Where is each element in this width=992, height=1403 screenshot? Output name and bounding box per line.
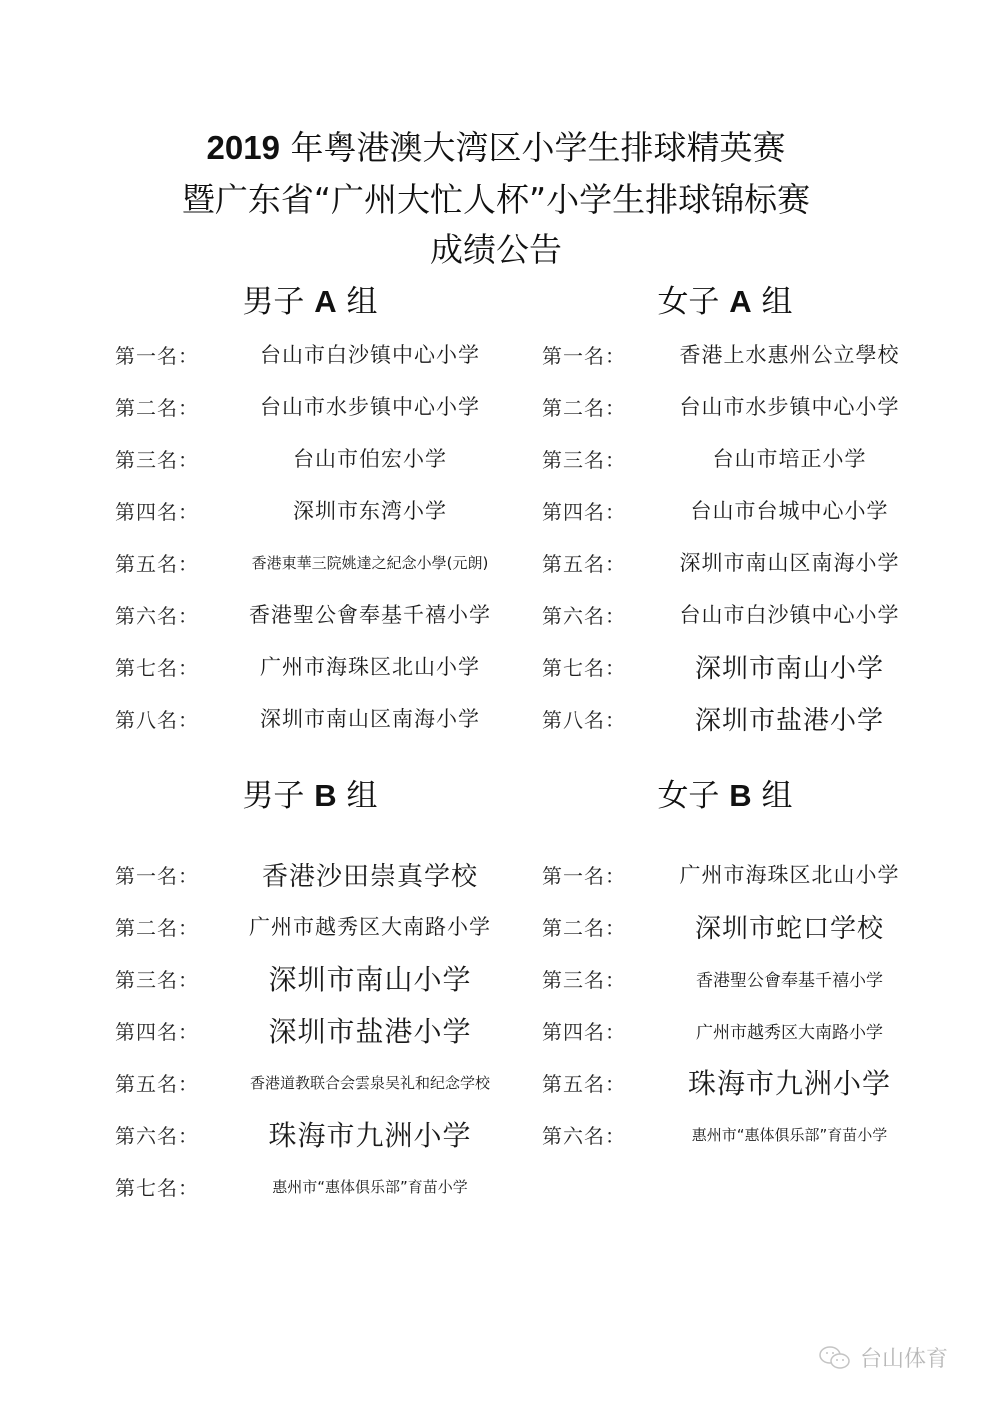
rank-label: 第三名： — [542, 964, 652, 993]
school-name: 珠海市九洲小学 — [225, 1114, 515, 1154]
ranking-row: 第四名：广州市越秀区大南路小学 — [542, 1013, 927, 1047]
ranking-row: 第二名：广州市越秀区大南路小学 — [115, 909, 515, 943]
group-suffix: 组 — [762, 284, 793, 320]
rank-label: 第一名： — [542, 860, 652, 889]
ranking-row: 第四名：深圳市东湾小学 — [115, 493, 515, 527]
rank-label: 第六名： — [542, 1120, 652, 1149]
rank-label: 第二名： — [542, 912, 652, 941]
school-name: 广州市越秀区大南路小学 — [652, 1018, 927, 1043]
school-name: 香港沙田崇真学校 — [225, 856, 515, 893]
rank-label: 第二名： — [542, 392, 652, 421]
school-name: 香港聖公會奉基千禧小学 — [652, 966, 927, 991]
school-name: 香港聖公會奉基千禧小学 — [225, 599, 515, 629]
ranking-row: 第五名：香港道教联合会雲泉吴礼和纪念学校 — [115, 1065, 515, 1099]
rank-label: 第六名： — [115, 600, 225, 629]
ranking-row: 第五名：香港東華三院姚達之紀念小學(元朗) — [115, 545, 515, 579]
wechat-icon — [818, 1345, 852, 1371]
group-prefix: 女子 — [657, 778, 719, 814]
ranking-row: 第二名：深圳市蛇口学校 — [542, 909, 927, 943]
title-line-2: 暨广东省“广州大忙人杯”小学生排球锦标赛 — [0, 180, 992, 220]
title-year: 2019 — [207, 129, 280, 166]
group-suffix: 组 — [347, 284, 378, 320]
rank-label: 第四名： — [115, 496, 225, 525]
watermark: 台山体育 — [818, 1342, 948, 1373]
ranking-row: 第六名：惠州市“惠体俱乐部”育苗小学 — [542, 1117, 927, 1151]
school-name: 惠州市“惠体俱乐部”育苗小学 — [225, 1176, 515, 1197]
group-letter: A — [729, 284, 751, 319]
school-name: 深圳市南山区南海小学 — [225, 703, 515, 733]
rank-label: 第三名： — [115, 964, 225, 993]
rank-label: 第一名： — [542, 340, 652, 369]
school-name: 香港上水惠州公立學校 — [652, 339, 927, 369]
rank-label: 第一名： — [115, 860, 225, 889]
ranking-row: 第二名：台山市水步镇中心小学 — [115, 389, 515, 423]
title-line-1: 2019 年粤港澳大湾区小学生排球精英赛 — [0, 128, 992, 168]
ranking-row: 第六名：香港聖公會奉基千禧小学 — [115, 597, 515, 631]
school-name: 深圳市蛇口学校 — [652, 908, 927, 945]
ranking-row: 第一名：广州市海珠区北山小学 — [542, 857, 927, 891]
ranking-row: 第七名：广州市海珠区北山小学 — [115, 649, 515, 683]
ranking-row: 第八名：深圳市南山区南海小学 — [115, 701, 515, 735]
rank-label: 第八名： — [542, 704, 652, 733]
rank-label: 第八名： — [115, 704, 225, 733]
school-name: 珠海市九洲小学 — [652, 1062, 927, 1102]
school-name: 香港道教联合会雲泉吴礼和纪念学校 — [225, 1072, 515, 1093]
school-name: 深圳市盐港小学 — [225, 1010, 515, 1050]
group-letter: A — [314, 284, 336, 319]
rank-label: 第四名： — [542, 496, 652, 525]
school-name: 台山市水步镇中心小学 — [652, 391, 927, 421]
rank-label: 第七名： — [542, 652, 652, 681]
ranking-row: 第一名：香港上水惠州公立學校 — [542, 337, 927, 371]
ranking-row: 第七名：惠州市“惠体俱乐部”育苗小学 — [115, 1169, 515, 1203]
ranking-row: 第二名：台山市水步镇中心小学 — [542, 389, 927, 423]
rank-label: 第六名： — [542, 600, 652, 629]
watermark-text: 台山体育 — [860, 1342, 948, 1373]
rank-label: 第五名： — [542, 1068, 652, 1097]
ranking-row: 第七名：深圳市南山小学 — [542, 649, 927, 683]
group-suffix: 组 — [762, 778, 793, 814]
school-name: 深圳市南山小学 — [225, 958, 515, 998]
rank-label: 第五名： — [115, 548, 225, 577]
ranking-row: 第三名：台山市培正小学 — [542, 441, 927, 475]
group-heading-girls-a: 女子 A 组 — [615, 282, 835, 322]
group-letter: B — [314, 778, 336, 813]
group-prefix: 男子 — [242, 778, 304, 814]
ranking-row: 第四名：台山市台城中心小学 — [542, 493, 927, 527]
school-name: 深圳市南山区南海小学 — [652, 547, 927, 577]
school-name: 广州市海珠区北山小学 — [225, 651, 515, 681]
rank-label: 第四名： — [542, 1016, 652, 1045]
ranking-row: 第三名：台山市伯宏小学 — [115, 441, 515, 475]
school-name: 广州市海珠区北山小学 — [652, 859, 927, 889]
school-name: 惠州市“惠体俱乐部”育苗小学 — [652, 1124, 927, 1145]
group-heading-boys-b: 男子 B 组 — [200, 776, 420, 816]
rank-label: 第五名： — [115, 1068, 225, 1097]
rank-label: 第四名： — [115, 1016, 225, 1045]
ranking-row: 第五名：深圳市南山区南海小学 — [542, 545, 927, 579]
school-name: 深圳市东湾小学 — [225, 495, 515, 525]
group-heading-boys-a: 男子 A 组 — [200, 282, 420, 322]
group-letter: B — [729, 778, 751, 813]
school-name: 台山市台城中心小学 — [652, 495, 927, 525]
school-name: 台山市白沙镇中心小学 — [652, 599, 927, 629]
rank-label: 第七名： — [115, 1172, 225, 1201]
rank-label: 第五名： — [542, 548, 652, 577]
rank-label: 第二名： — [115, 912, 225, 941]
rank-label: 第三名： — [115, 444, 225, 473]
group-prefix: 女子 — [657, 284, 719, 320]
ranking-row: 第八名：深圳市盐港小学 — [542, 701, 927, 735]
ranking-row: 第五名：珠海市九洲小学 — [542, 1065, 927, 1099]
ranking-row: 第四名：深圳市盐港小学 — [115, 1013, 515, 1047]
rank-label: 第七名： — [115, 652, 225, 681]
school-name: 深圳市南山小学 — [652, 648, 927, 685]
ranking-row: 第三名：香港聖公會奉基千禧小学 — [542, 961, 927, 995]
rank-label: 第六名： — [115, 1120, 225, 1149]
rank-label: 第一名： — [115, 340, 225, 369]
title-line-3: 成绩公告 — [0, 230, 992, 270]
group-heading-girls-b: 女子 B 组 — [615, 776, 835, 816]
school-name: 台山市水步镇中心小学 — [225, 391, 515, 421]
ranking-row: 第六名：珠海市九洲小学 — [115, 1117, 515, 1151]
ranking-row: 第六名：台山市白沙镇中心小学 — [542, 597, 927, 631]
group-suffix: 组 — [347, 778, 378, 814]
ranking-row: 第一名：台山市白沙镇中心小学 — [115, 337, 515, 371]
rank-label: 第三名： — [542, 444, 652, 473]
title-line-1-text: 年粤港澳大湾区小学生排球精英赛 — [290, 128, 785, 167]
ranking-row: 第一名：香港沙田崇真学校 — [115, 857, 515, 891]
group-prefix: 男子 — [242, 284, 304, 320]
school-name: 台山市培正小学 — [652, 443, 927, 473]
school-name: 广州市越秀区大南路小学 — [225, 911, 515, 941]
school-name: 台山市白沙镇中心小学 — [225, 339, 515, 369]
school-name: 台山市伯宏小学 — [225, 443, 515, 473]
school-name: 深圳市盐港小学 — [652, 700, 927, 737]
rank-label: 第二名： — [115, 392, 225, 421]
school-name: 香港東華三院姚達之紀念小學(元朗) — [225, 552, 515, 573]
ranking-row: 第三名：深圳市南山小学 — [115, 961, 515, 995]
